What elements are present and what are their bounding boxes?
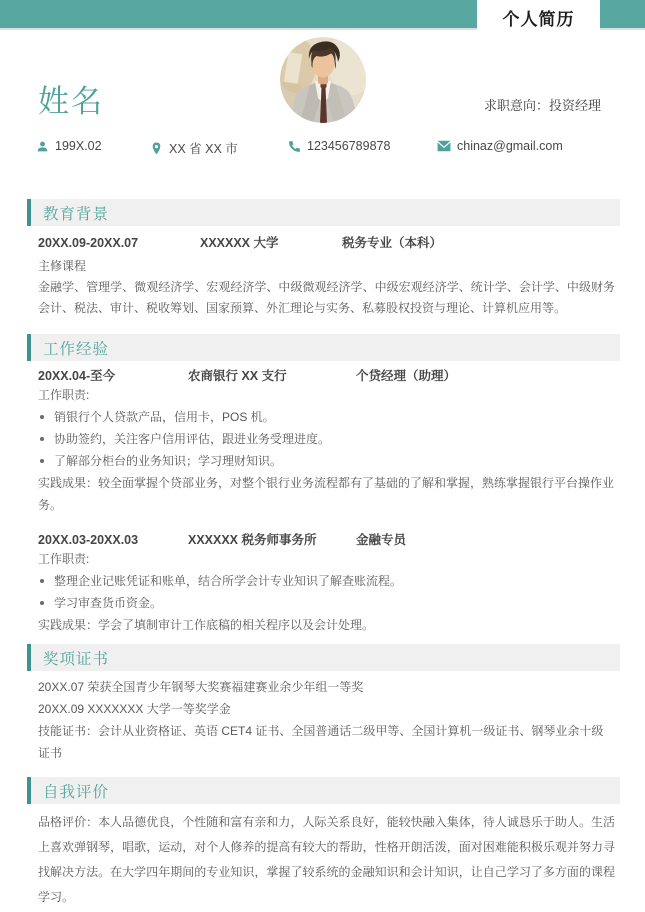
contact-birth-value: 199X.02 <box>55 139 102 153</box>
section-work: 工作经验 20XX.04-至今 农商银行 XX 支行 个贷经理（助理） 工作职责… <box>0 334 645 636</box>
job-row: 20XX.03-20XX.03 XXXXXX 税务师事务所 金融专员 <box>38 532 615 548</box>
contact-email-value: chinaz@gmail.com <box>457 139 563 153</box>
portrait-illustration <box>280 37 366 123</box>
section-awards-title: 奖项证书 <box>43 647 109 669</box>
education-major: 税务专业（本科） <box>342 235 615 251</box>
job-intent: 求职意向：投资经理 <box>484 95 601 114</box>
education-school: XXXXXX 大学 <box>200 235 342 251</box>
contact-email: chinaz@gmail.com <box>437 139 563 153</box>
contact-phone: 123456789878 <box>288 139 390 153</box>
section-self-evaluation: 自我评价 品格评价：本人品德优良，个性随和富有亲和力，人际关系良好，能较快融入集… <box>0 777 645 910</box>
job-company: 农商银行 XX 支行 <box>188 368 356 384</box>
candidate-name: 姓名 <box>38 76 104 121</box>
award-item: 技能证书：会计从业资格证、英语 CET4 证书、全国普通话二级甲等、全国计算机一… <box>38 720 615 764</box>
section-awards: 奖项证书 20XX.07 荣获全国青少年钢琴大奖赛福建赛业余少年组一等奖 20X… <box>0 644 645 764</box>
duties-list: 整理企业记账凭证和账单，结合所学会计专业知识了解查账流程。 学习审查货币资金。 <box>38 570 615 614</box>
job-row: 20XX.04-至今 农商银行 XX 支行 个贷经理（助理） <box>38 368 615 384</box>
duty-item: 整理企业记账凭证和账单，结合所学会计专业知识了解查账流程。 <box>38 570 615 592</box>
section-awards-header: 奖项证书 <box>27 644 620 671</box>
duty-item: 学习审查货币资金。 <box>38 592 615 614</box>
job-company: XXXXXX 税务师事务所 <box>188 532 356 548</box>
section-education-header: 教育背景 <box>27 199 620 226</box>
contact-location: XX 省 XX 市 <box>150 139 238 157</box>
job-result: 实践成果：较全面掌握个贷部业务，对整个银行业务流程都有了基础的了解和掌握，熟练掌… <box>38 472 615 516</box>
location-icon <box>150 142 163 155</box>
phone-icon <box>288 140 301 153</box>
contact-phone-value: 123456789878 <box>307 139 390 153</box>
job-intent-value: 投资经理 <box>549 98 601 113</box>
resume-page: 个人简历 姓名 求职 <box>0 0 645 912</box>
job-result: 实践成果：学会了填制审计工作底稿的相关程序以及会计处理。 <box>38 614 615 636</box>
job-entry: 20XX.04-至今 农商银行 XX 支行 个贷经理（助理） 工作职责: 销银行… <box>38 368 615 516</box>
section-education: 教育背景 20XX.09-20XX.07 XXXXXX 大学 税务专业（本科） … <box>0 199 645 319</box>
award-item: 20XX.07 荣获全国青少年钢琴大奖赛福建赛业余少年组一等奖 <box>38 676 615 698</box>
email-icon <box>437 140 451 152</box>
job-position: 金融专员 <box>356 532 615 548</box>
section-work-header: 工作经验 <box>27 334 620 361</box>
courses-text: 金融学、管理学、微观经济学、宏观经济学、中级微观经济学、中级宏观经济学、统计学、… <box>38 277 615 319</box>
self-evaluation-text: 品格评价：本人品德优良，个性随和富有亲和力，人际关系良好，能较快融入集体，待人诚… <box>38 810 615 910</box>
section-education-title: 教育背景 <box>43 202 109 224</box>
job-intent-label: 求职意向： <box>484 98 549 113</box>
resume-title-tab: 个人简历 <box>477 0 600 38</box>
resume-title: 个人简历 <box>503 10 575 29</box>
section-education-body: 20XX.09-20XX.07 XXXXXX 大学 税务专业（本科） 主修课程 … <box>38 235 615 319</box>
duty-item: 销银行个人贷款产品，信用卡，POS 机。 <box>38 406 615 428</box>
section-work-title: 工作经验 <box>43 337 109 359</box>
duties-label: 工作职责: <box>38 384 615 406</box>
job-period: 20XX.04-至今 <box>38 368 188 384</box>
duties-list: 销银行个人贷款产品，信用卡，POS 机。 协助签约，关注客户信用评估，跟进业务受… <box>38 406 615 472</box>
section-self-evaluation-header: 自我评价 <box>27 777 620 804</box>
duties-label: 工作职责: <box>38 548 615 570</box>
contact-location-value: XX 省 XX 市 <box>169 139 238 157</box>
section-self-evaluation-title: 自我评价 <box>43 780 109 802</box>
duty-item: 协助签约，关注客户信用评估，跟进业务受理进度。 <box>38 428 615 450</box>
section-work-body: 20XX.04-至今 农商银行 XX 支行 个贷经理（助理） 工作职责: 销银行… <box>38 368 615 636</box>
section-awards-body: 20XX.07 荣获全国青少年钢琴大奖赛福建赛业余少年组一等奖 20XX.09 … <box>38 676 615 764</box>
job-entry: 20XX.03-20XX.03 XXXXXX 税务师事务所 金融专员 工作职责:… <box>38 532 615 636</box>
contact-birth: 199X.02 <box>36 139 102 153</box>
profile-photo <box>280 37 366 123</box>
job-position: 个贷经理（助理） <box>356 368 615 384</box>
education-row: 20XX.09-20XX.07 XXXXXX 大学 税务专业（本科） <box>38 235 615 251</box>
courses-label: 主修课程 <box>38 256 615 277</box>
job-period: 20XX.03-20XX.03 <box>38 532 188 548</box>
person-icon <box>36 140 49 153</box>
award-item: 20XX.09 XXXXXXX 大学一等奖学金 <box>38 698 615 720</box>
duty-item: 了解部分柜台的业务知识；学习理财知识。 <box>38 450 615 472</box>
education-period: 20XX.09-20XX.07 <box>38 235 200 251</box>
